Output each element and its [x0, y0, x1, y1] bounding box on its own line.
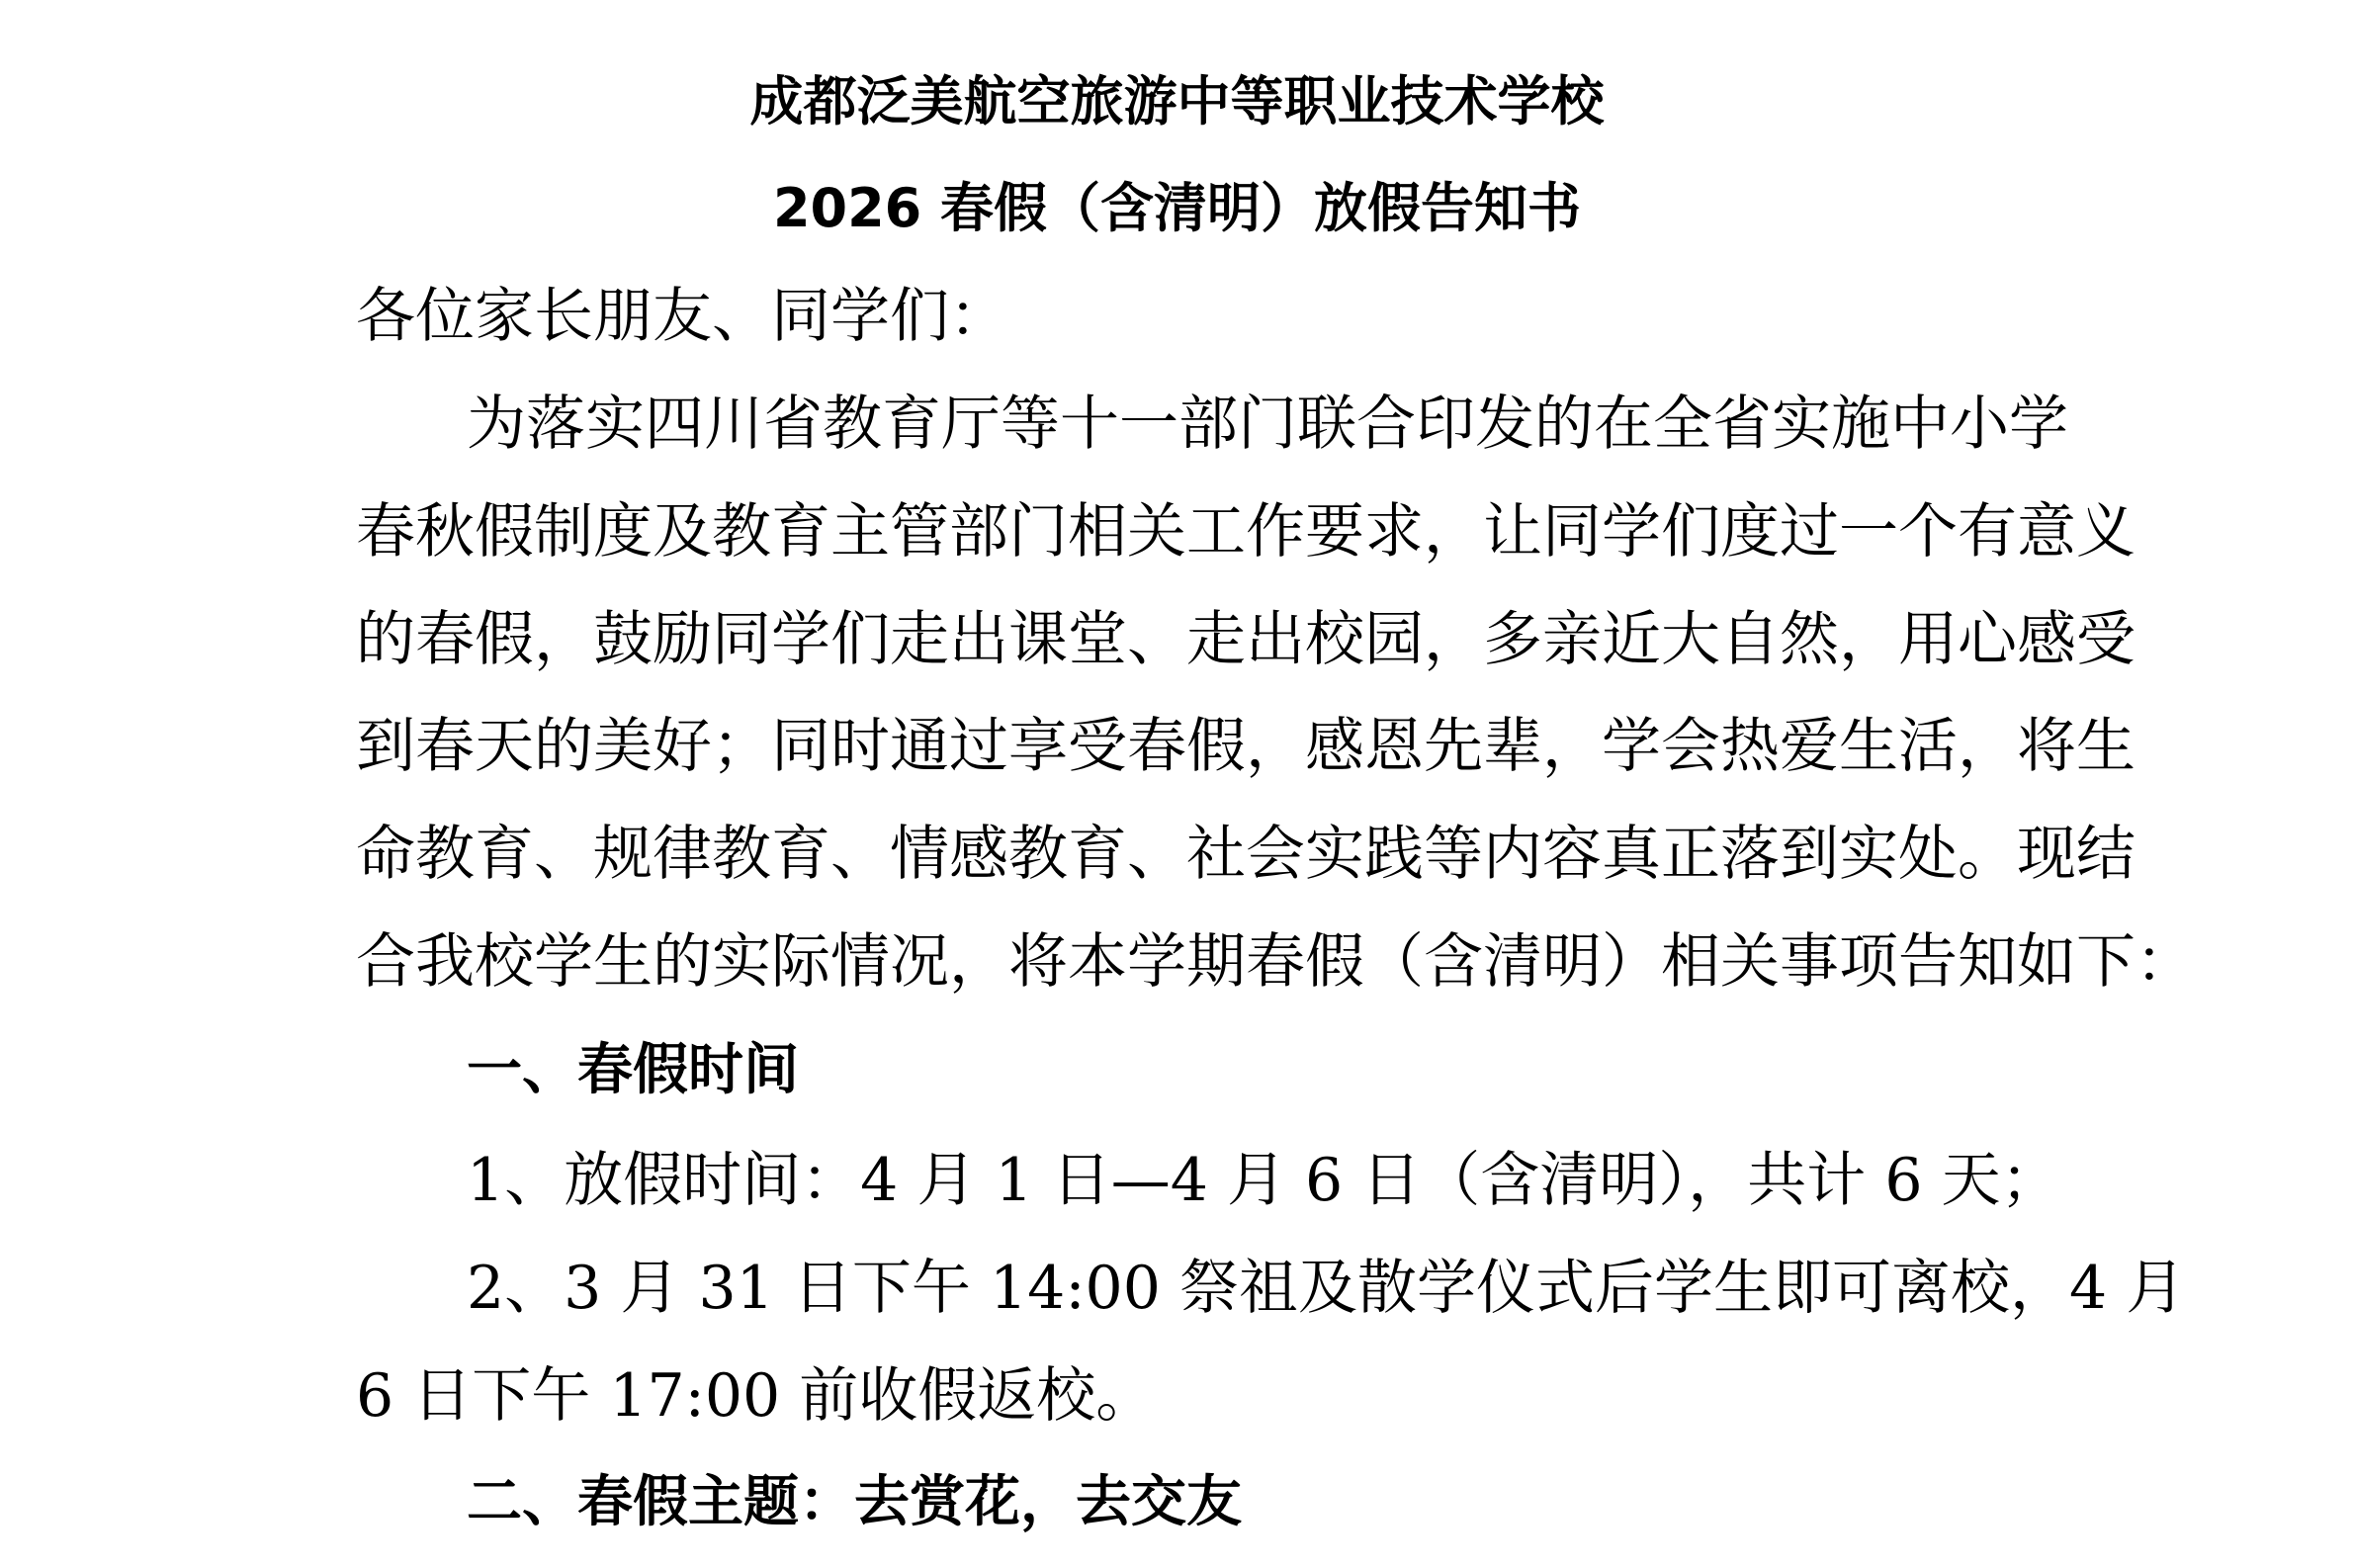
intro-line: 为落实四川省教育厅等十一部门联合印发的在全省实施中小学	[467, 394, 2007, 454]
intro-line: 的春假，鼓励同学们走出课堂、走出校园，多亲近大自然，用心感受	[356, 610, 2007, 669]
document-title-school: 成都泛美航空旅游中等职业技术学校	[0, 75, 2354, 129]
intro-line: 合我校学生的实际情况，将本学期春假（含清明）相关事项告知如下：	[356, 932, 2007, 992]
intro-line: 到春天的美好；同时通过享受春假，感恩先辈，学会热爱生活，将生	[356, 717, 2007, 776]
greeting: 各位家长朋友、同学们：	[356, 287, 2007, 346]
document-title-notice: 2026 春假（含清明）放假告知书	[0, 182, 2354, 235]
document-page: 成都泛美航空旅游中等职业技术学校 2026 春假（含清明）放假告知书 各位家长朋…	[0, 0, 2354, 1568]
intro-line: 命教育、规律教育、情感教育、社会实践等内容真正落到实处。现结	[356, 825, 2007, 884]
holiday-item: 1、放假时间：4 月 1 日—4 月 6 日（含清明），共计 6 天；	[467, 1151, 2007, 1210]
section-heading-holiday-theme: 二、春假主题：去赏花，去交友	[467, 1475, 2007, 1530]
holiday-item: 2、3 月 31 日下午 14:00 祭祖及散学仪式后学生即可离校，4 月	[467, 1259, 2007, 1318]
holiday-item-continued: 6 日下午 17:00 前收假返校。	[356, 1366, 2007, 1426]
intro-line: 春秋假制度及教育主管部门相关工作要求，让同学们度过一个有意义	[356, 502, 2007, 562]
section-heading-holiday-time: 一、春假时间	[467, 1043, 2007, 1098]
